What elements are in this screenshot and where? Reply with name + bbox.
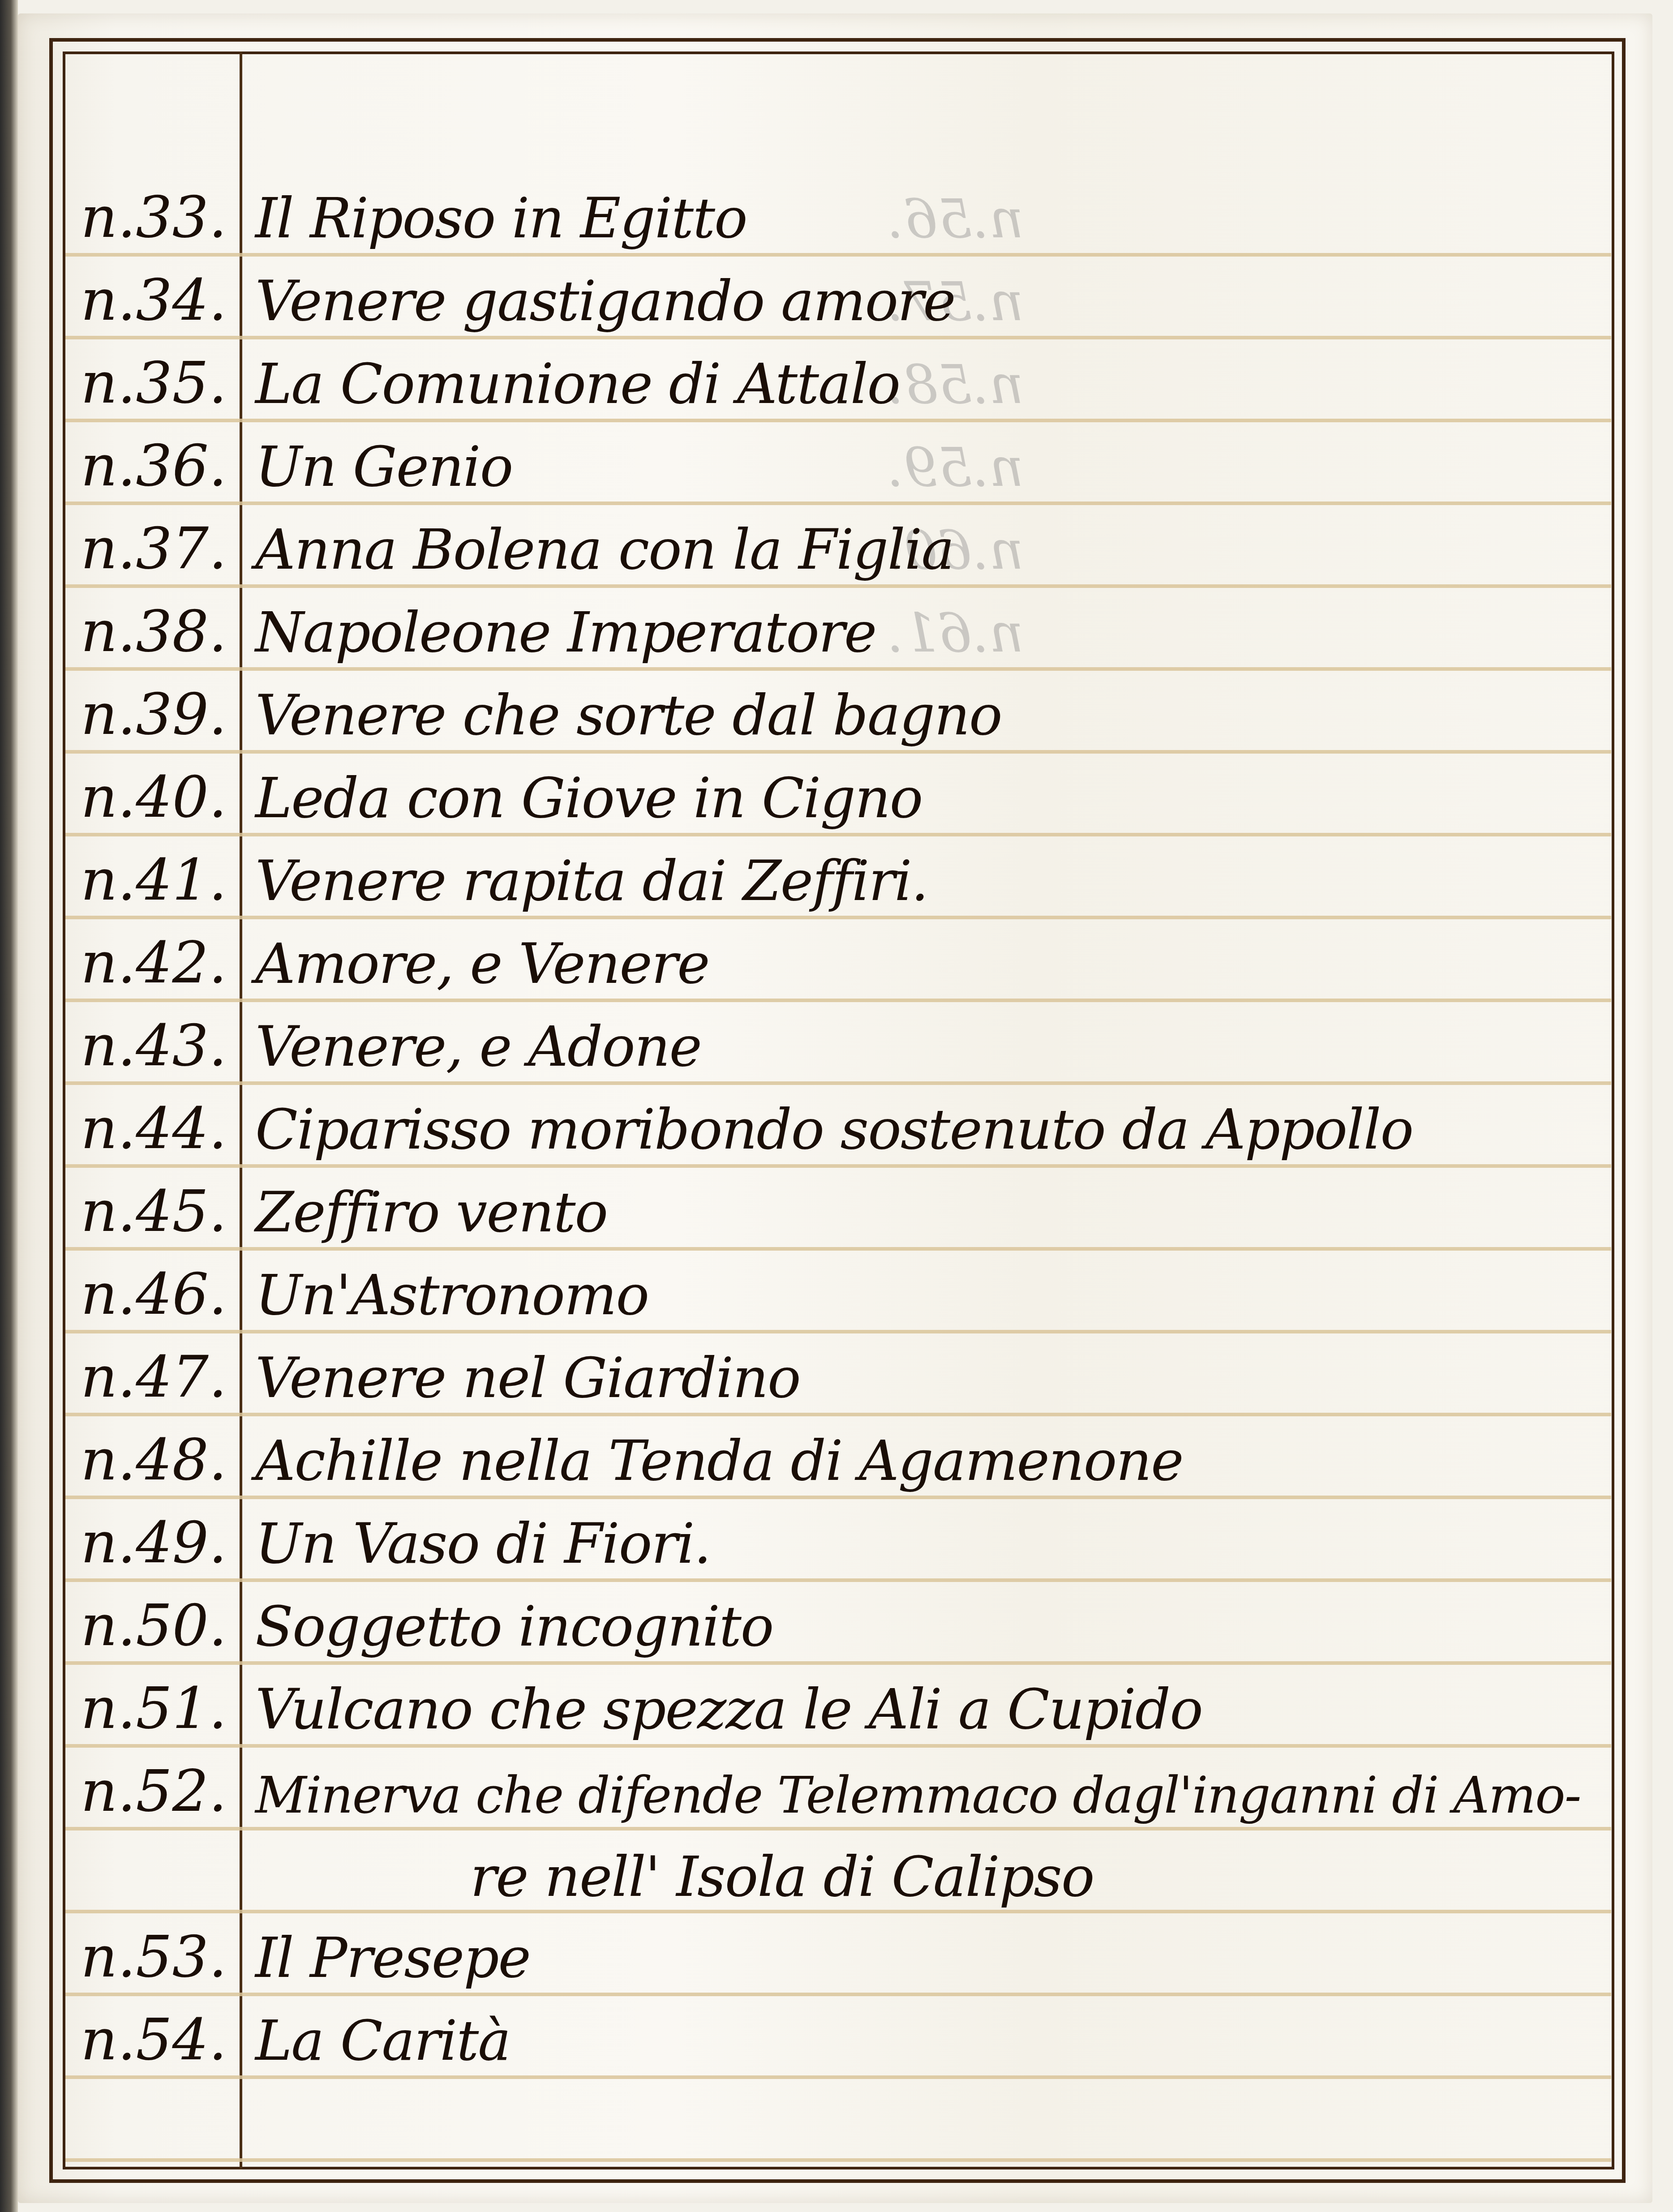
entry-number: n.45. <box>67 1178 242 1245</box>
entry-title: Minerva che difende Telemmaco dagl'ingan… <box>255 1766 1581 1825</box>
entry-number: n.49. <box>67 1509 242 1576</box>
entry-title: Un Vaso di Fiori. <box>255 1512 711 1576</box>
entry-number: n.48. <box>67 1427 242 1493</box>
entry-row: n.52. Minerva che difende Telemmaco dagl… <box>67 1735 1581 1825</box>
entry-number: n.39. <box>67 681 242 748</box>
entry-row: n.46. Un'Astronomo <box>67 1238 648 1328</box>
entry-number: n.44. <box>67 1095 242 1162</box>
entry-number: n.34. <box>67 267 242 334</box>
entry-number: n.51. <box>67 1675 242 1742</box>
entry-row: n.37. Anna Bolena con la Figlia <box>67 493 953 582</box>
book-binding-edge <box>0 0 18 2212</box>
entry-title: Zeffiro vento <box>255 1180 607 1245</box>
entry-number: n.36. <box>67 433 242 499</box>
entry-number: n.38. <box>67 598 242 665</box>
entry-title: Venere gastigando amore <box>255 269 955 334</box>
entry-row: n.41. Venere rapita dai Zeffiri. <box>67 824 928 913</box>
entry-number: n.53. <box>67 1924 242 1990</box>
entry-number: n.42. <box>67 930 242 996</box>
entry-row: n.51. Vulcano che spezza le Ali a Cupido <box>67 1652 1202 1742</box>
entry-row: n.53. Il Presepe <box>67 1901 530 1990</box>
entry-row: n.33. Il Riposo in Egitto <box>67 161 747 251</box>
entry-title: Venere che sorte dal bagno <box>255 683 1002 748</box>
entry-title: Il Riposo in Egitto <box>255 186 747 251</box>
entry-number: n.37. <box>67 515 242 582</box>
entry-row: n.50. Soggetto incognito <box>67 1569 773 1659</box>
entry-row: n.49. Un Vaso di Fiori. <box>67 1487 711 1576</box>
entry-number: n.40. <box>67 764 242 831</box>
entry-title: Soggetto incognito <box>255 1595 773 1659</box>
entry-number: n.46. <box>67 1261 242 1328</box>
entry-number: n.47. <box>67 1344 242 1410</box>
entry-number: n.54. <box>67 2006 242 2073</box>
entry-number: n.52. <box>67 1758 242 1825</box>
entry-title: Amore, e Venere <box>255 932 709 996</box>
entry-title: Ciparisso moribondo sostenuto da Appollo <box>255 1097 1413 1162</box>
entry-title: Il Presepe <box>255 1926 530 1990</box>
entry-row: n.39. Venere che sorte dal bagno <box>67 658 1002 748</box>
entry-title: Anna Bolena con la Figlia <box>255 518 953 582</box>
entry-title: La Comunione di Attalo <box>255 352 900 416</box>
entry-row: n.54. La Carità <box>67 1984 510 2073</box>
entry-row: n.43. Venere, e Adone <box>67 990 701 1079</box>
entry-number: n.50. <box>67 1592 242 1659</box>
entry-title: Un Genio <box>255 435 512 499</box>
entry-row: n.34. Venere gastigando amore <box>67 244 955 334</box>
entry-row: n.38. Napoleone Imperatore <box>67 575 876 665</box>
entry-row: n.36. Un Genio <box>67 410 512 499</box>
entry-title: Venere nel Giardino <box>255 1346 800 1410</box>
ruled-line <box>65 1827 1611 1830</box>
entry-title: Venere rapita dai Zeffiri. <box>255 849 928 913</box>
entry-number: n.35. <box>67 350 242 416</box>
entry-title: Venere, e Adone <box>255 1015 701 1079</box>
ruled-line <box>65 2158 1611 2162</box>
entry-title-continuation: re nell' Isola di Calipso <box>470 1845 1094 1909</box>
entry-row: n.47. Venere nel Giardino <box>67 1321 800 1410</box>
entry-title: Napoleone Imperatore <box>255 600 876 665</box>
entry-row: n.35. La Comunione di Attalo <box>67 327 900 416</box>
entry-number: n.41. <box>67 847 242 913</box>
entry-number: n.33. <box>67 184 242 251</box>
entry-title: Un'Astronomo <box>255 1263 648 1328</box>
entry-row: n.40. Leda con Giove in Cigno <box>67 741 922 831</box>
entry-title: Vulcano che spezza le Ali a Cupido <box>255 1677 1202 1742</box>
entry-number: n.43. <box>67 1012 242 1079</box>
entry-row: n.42. Amore, e Venere <box>67 907 709 996</box>
entry-title: Achille nella Tenda di Agamenone <box>255 1429 1183 1493</box>
entry-title: La Carità <box>255 2009 510 2073</box>
entry-row: n.45. Zeffiro vento <box>67 1155 607 1245</box>
entry-row: n.44. Ciparisso moribondo sostenuto da A… <box>67 1072 1413 1162</box>
entry-title: Leda con Giove in Cigno <box>255 766 922 831</box>
entry-row: n.48. Achille nella Tenda di Agamenone <box>67 1404 1183 1493</box>
ruled-line <box>65 2075 1611 2079</box>
